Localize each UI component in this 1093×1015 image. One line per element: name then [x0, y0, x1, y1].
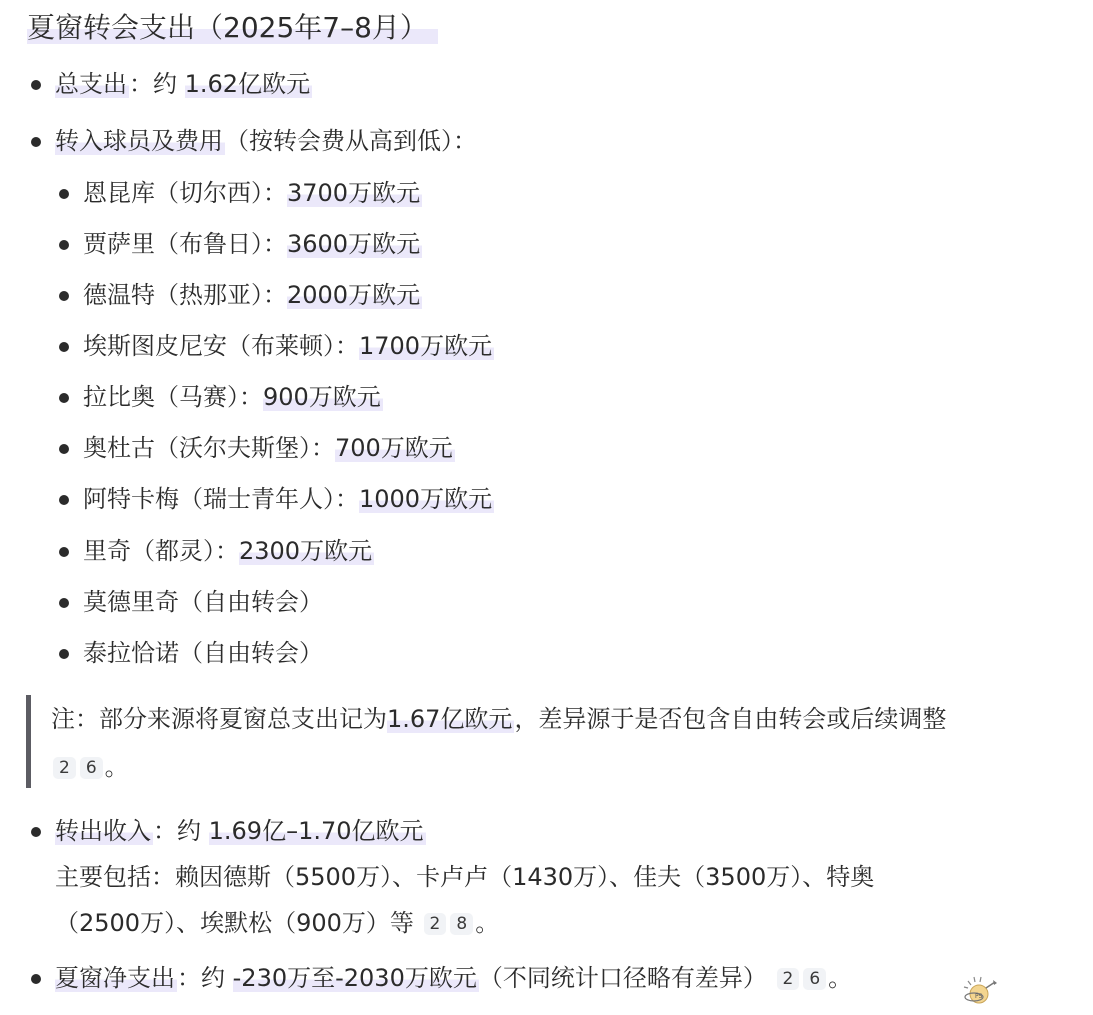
player-name: 奥杜古（沃尔夫斯堡）： [83, 434, 335, 462]
bullet-icon [31, 974, 41, 984]
bullet-icon [59, 649, 69, 659]
bullet-icon [59, 189, 69, 199]
outgoing-detail-line1: 主要包括：赖因德斯（5500万）、卡卢卢（1430万）、佳夫（3500万）、特奥 [55, 859, 874, 895]
player-fee: 1000万欧元 [359, 485, 494, 513]
outgoing-label: 转出收入 [55, 817, 153, 845]
player-name: 里奇（都灵）： [83, 537, 239, 565]
svg-text:PS: PS [975, 993, 983, 1000]
player-fee: 2000万欧元 [287, 281, 422, 309]
total-spend-sep: ：约 [129, 70, 185, 98]
outgoing-detail-line2: （2500万）、埃默松（900万）等 28。 [55, 905, 499, 941]
total-spend-value: 1.62亿欧元 [185, 70, 312, 98]
bullet-icon [59, 291, 69, 301]
player-fee: 2300万欧元 [239, 537, 374, 565]
net-spend-value: -230万至-2030万欧元 [233, 964, 479, 992]
player-fee: 700万欧元 [335, 434, 455, 462]
citation-badge[interactable]: 6 [803, 968, 826, 990]
outgoing-detail-text: （2500万）、埃默松（900万）等 [55, 909, 414, 937]
list-item-total-spend: 总支出：约 1.62亿欧元 [55, 66, 312, 102]
player-item: 拉比奥（马赛）：900万欧元 [83, 379, 383, 415]
citation-badge[interactable]: 2 [53, 757, 76, 779]
outgoing-end: 。 [475, 909, 499, 937]
player-item: 奥杜古（沃尔夫斯堡）：700万欧元 [83, 430, 455, 466]
bullet-icon [59, 393, 69, 403]
list-item-net-spend: 夏窗净支出：约 -230万至-2030万欧元（不同统计口径略有差异） 26。 [55, 960, 852, 996]
bullet-icon [59, 547, 69, 557]
player-name: 泰拉恰诺（自由转会） [83, 639, 323, 667]
citation-badge[interactable]: 2 [424, 913, 447, 935]
bullet-icon [59, 495, 69, 505]
player-item: 恩昆库（切尔西）：3700万欧元 [83, 175, 422, 211]
bullet-icon [59, 342, 69, 352]
list-item-incoming: 转入球员及费用（按转会费从高到低）： [55, 123, 477, 159]
bullet-icon [31, 80, 41, 90]
player-name: 阿特卡梅（瑞士青年人）： [83, 485, 359, 513]
mascot-logo-icon: PS [960, 975, 1002, 1007]
incoming-label: 转入球员及费用 [55, 127, 225, 155]
player-fee: 3600万欧元 [287, 230, 422, 258]
note-end: 。 [105, 753, 129, 781]
net-spend-suffix: （不同统计口径略有差异） [479, 964, 767, 992]
note-text: 注：部分来源将夏窗总支出记为1.67亿欧元，差异源于是否包含自由转会或后续调整 [51, 701, 946, 737]
net-spend-end: 。 [828, 964, 852, 992]
player-fee: 1700万欧元 [359, 332, 494, 360]
outgoing-sep: ：约 [153, 817, 209, 845]
player-name: 埃斯图皮尼安（布莱顿）： [83, 332, 359, 360]
citation-badge[interactable]: 2 [777, 968, 800, 990]
player-name: 拉比奥（马赛）： [83, 383, 263, 411]
player-name: 莫德里奇（自由转会） [83, 588, 323, 616]
player-fee: 900万欧元 [263, 383, 383, 411]
player-name: 恩昆库（切尔西）： [83, 179, 287, 207]
player-item: 里奇（都灵）：2300万欧元 [83, 533, 374, 569]
bullet-icon [59, 598, 69, 608]
total-spend-label: 总支出 [55, 70, 129, 98]
player-item: 莫德里奇（自由转会） [83, 584, 323, 620]
note-suffix: ，差异源于是否包含自由转会或后续调整 [514, 705, 946, 733]
note-value: 1.67亿欧元 [387, 705, 514, 733]
player-name: 德温特（热那亚）： [83, 281, 287, 309]
bullet-icon [31, 827, 41, 837]
blockquote-bar [26, 695, 31, 788]
player-fee: 3700万欧元 [287, 179, 422, 207]
net-spend-sep: ：约 [177, 964, 233, 992]
net-spend-label: 夏窗净支出 [55, 964, 177, 992]
list-item-outgoing: 转出收入：约 1.69亿–1.70亿欧元 [55, 813, 426, 849]
bullet-icon [59, 444, 69, 454]
citation-badge[interactable]: 8 [450, 913, 473, 935]
player-item: 阿特卡梅（瑞士青年人）：1000万欧元 [83, 481, 494, 517]
note-prefix: 注：部分来源将夏窗总支出记为 [51, 705, 387, 733]
bullet-icon [31, 137, 41, 147]
player-item: 德温特（热那亚）：2000万欧元 [83, 277, 422, 313]
player-name: 贾萨里（布鲁日）： [83, 230, 287, 258]
note-citations: 26。 [51, 749, 129, 785]
bullet-icon [59, 240, 69, 250]
incoming-suffix: （按转会费从高到低）： [225, 127, 477, 155]
citation-badge[interactable]: 6 [80, 757, 103, 779]
outgoing-value: 1.69亿–1.70亿欧元 [209, 817, 426, 845]
player-item: 埃斯图皮尼安（布莱顿）：1700万欧元 [83, 328, 494, 364]
player-item: 泰拉恰诺（自由转会） [83, 635, 323, 671]
title-text: 夏窗转会支出（2025年7–8月） [27, 11, 438, 44]
player-item: 贾萨里（布鲁日）：3600万欧元 [83, 226, 422, 262]
page-title: 夏窗转会支出（2025年7–8月） [27, 8, 438, 48]
